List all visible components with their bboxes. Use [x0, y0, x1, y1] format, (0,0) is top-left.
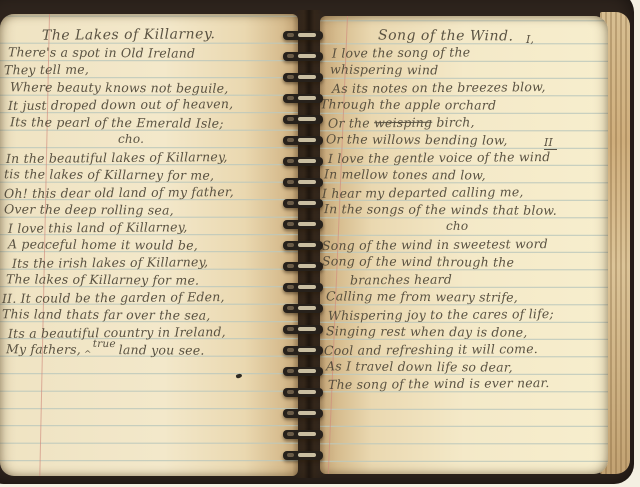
binding-coil [283, 136, 323, 145]
handwritten-line: Cool and refreshing it will come. [324, 341, 538, 358]
handwritten-line: A peaceful home it would be, [8, 236, 198, 252]
binding-coil [283, 388, 323, 397]
handwritten-line: In mellow tones and low, [324, 166, 486, 182]
binding-coil [283, 325, 323, 334]
handwritten-line: branches heard [350, 272, 452, 288]
handwritten-line: tis the lakes of Killarney for me, [4, 166, 214, 182]
handwritten-line: Its the irish lakes of Killarney, [12, 254, 208, 271]
binding-coil [283, 430, 323, 439]
handwritten-line: Singing rest when day is done, [326, 323, 528, 339]
binding-coil [283, 367, 323, 376]
chorus-label: cho [446, 219, 468, 233]
binding-coil [283, 178, 323, 187]
binding-coil [283, 199, 323, 208]
stanza-marker-one: I, [526, 33, 534, 46]
handwritten-line: Its the pearl of the Emerald Isle; [10, 114, 224, 130]
binding-coil [283, 241, 323, 250]
binding-coil [283, 115, 323, 124]
handwritten-line: Or the willows bending low, [326, 131, 508, 147]
binding-coil [283, 304, 323, 313]
handwritten-line: As I travel down life so dear, [326, 358, 513, 374]
binding-coil [283, 52, 323, 61]
handwritten-line: Calling me from weary strife, [326, 288, 518, 304]
handwritten-line: The song of the wind is ever near. [328, 375, 550, 392]
binding-coil [283, 409, 323, 418]
chorus-label: cho. [118, 132, 144, 146]
line-text-pre: My fathers, [6, 341, 81, 357]
handwritten-line: Through the apple orchard [320, 96, 496, 112]
handwritten-line: I love the gentle voice of the wind [328, 149, 551, 166]
binding-coil [283, 31, 323, 40]
left-page: The Lakes of Killarney. There's a spot i… [0, 14, 298, 476]
binding-coil [283, 346, 323, 355]
handwritten-line: This land thats far over the sea, [2, 306, 211, 322]
binding-coil [283, 157, 323, 166]
binding-coil [283, 94, 323, 103]
line-text-pre: Or the [328, 115, 374, 130]
handwritten-line: whispering wind [330, 62, 438, 78]
line-text-post: birch, [432, 114, 475, 129]
handwritten-line: It just droped down out of heaven, [8, 96, 233, 113]
binding-coil [283, 451, 323, 460]
handwritten-line: Its a beautiful country in Ireland, [8, 324, 226, 341]
spiral-binding [281, 0, 325, 487]
page-title: Song of the Wind. [378, 28, 514, 45]
handwritten-line: Song of the wind in sweetest word [322, 236, 548, 253]
handwritten-line: Over the deep rolling sea, [4, 201, 174, 217]
stanza-marker-two: II [544, 136, 557, 150]
handwritten-line: Oh! this dear old land of my father, [4, 184, 234, 201]
handwritten-line: Whispering joy to the cares of life; [328, 306, 554, 323]
handwritten-line: In the songs of the winds that blow. [324, 201, 557, 218]
handwritten-line: II. It could be the garden of Eden, [2, 289, 225, 306]
handwritten-line: I love this land of Killarney, [8, 219, 188, 236]
handwritten-line: In the beautiful lakes of Killarney, [6, 149, 228, 166]
handwritten-line-with-strikethrough: Or the weisping birch, [328, 114, 475, 130]
right-page: Song of the Wind. I, II I love the song … [320, 16, 608, 474]
insertion-caret: ^ [84, 350, 92, 360]
inserted-word: true [93, 338, 116, 350]
handwritten-line: The lakes of Killarney for me. [6, 271, 199, 287]
handwritten-line-with-insertion: My fathers,^trueland you see. [6, 341, 205, 357]
handwritten-line: Song of the wind through the [322, 253, 514, 269]
binding-coil [283, 220, 323, 229]
page-title: The Lakes of Killarney. [42, 26, 216, 44]
handwritten-line: There's a spot in Old Ireland [8, 44, 195, 60]
binding-coil [283, 73, 323, 82]
ink-mark [235, 373, 242, 379]
handwritten-line: I love the song of the [332, 44, 470, 60]
notebook-photo: The Lakes of Killarney. There's a spot i… [0, 0, 640, 487]
handwritten-line: I hear my departed calling me, [322, 184, 524, 201]
handwritten-line: Where beauty knows not beguile, [10, 79, 229, 96]
handwritten-line: As its notes on the breezes blow, [332, 79, 546, 96]
line-text-post: land you see. [119, 342, 205, 358]
handwritten-line: They tell me, [4, 62, 89, 78]
binding-coil [283, 283, 323, 292]
struck-word: weisping [374, 115, 432, 131]
binding-coil [283, 262, 323, 271]
